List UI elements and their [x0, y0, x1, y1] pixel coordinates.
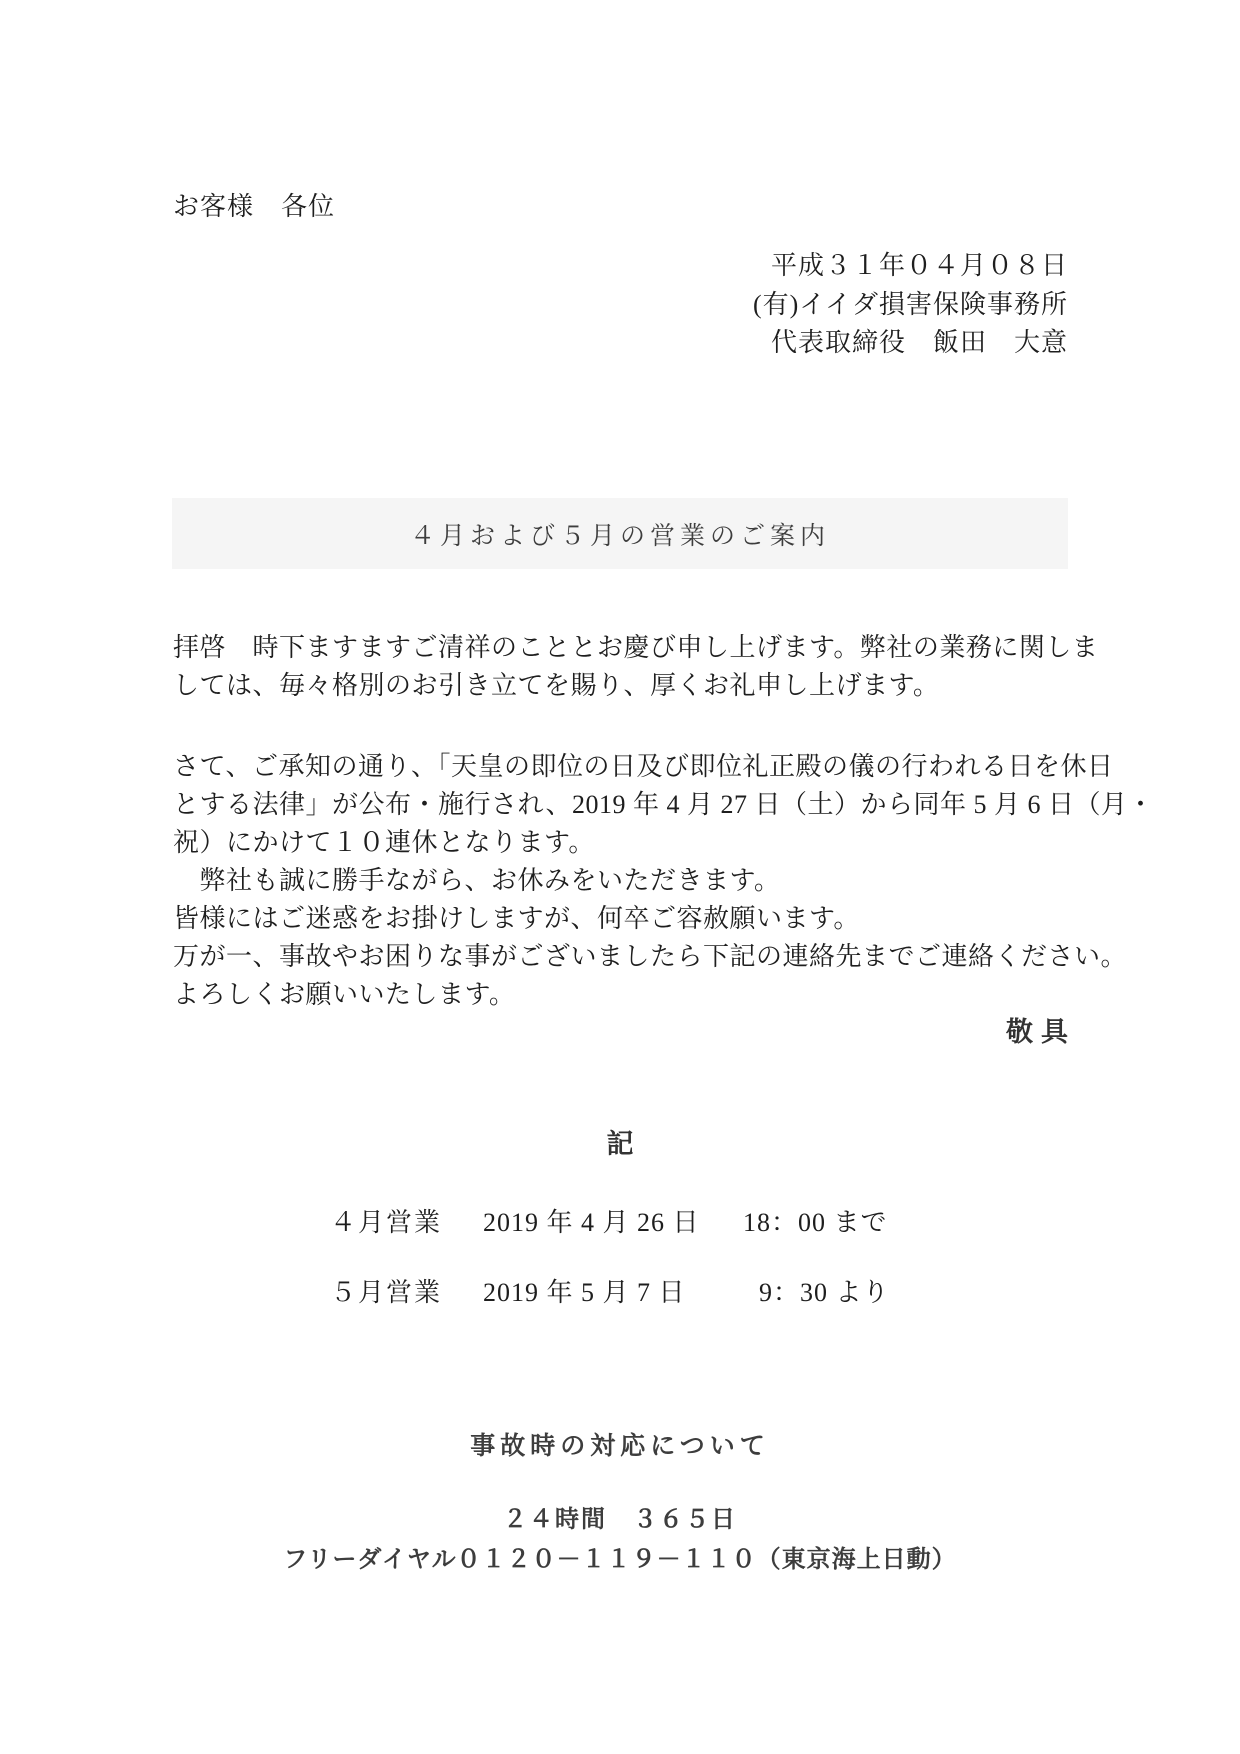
sender-block: 平成３１年０４月０８日 (有)イイダ損害保険事務所 代表取締役 飯田 大意 — [753, 247, 1068, 363]
subject-title: ４月および５月の営業のご案内 — [410, 516, 830, 552]
text-line: 皆様にはご迷惑をお掛けしますが、何卒ご容赦願います。 — [173, 900, 1154, 938]
schedule-time: 9：30 より — [759, 1272, 890, 1309]
body-paragraph: さて、ご承知の通り、「天皇の即位の日及び即位礼正殿の儀の行われる日を休日 とする… — [173, 748, 1154, 1014]
emergency-availability: ２４時間 ３６５日 — [0, 1500, 1240, 1540]
schedule-date: 2019 年 4 月 26 日 — [483, 1202, 700, 1239]
representative-name: 代表取締役 飯田 大意 — [753, 324, 1068, 363]
subject-band: ４月および５月の営業のご案内 — [172, 498, 1068, 569]
text-line: 万が一、事故やお困りな事がございましたら下記の連絡先までご連絡ください。 — [173, 938, 1154, 976]
company-name: (有)イイダ損害保険事務所 — [753, 286, 1068, 325]
schedule-date: 2019 年 5 月 7 日 — [483, 1272, 686, 1309]
schedule-section: ４月営業 2019 年 4 月 26 日 18：00 まで ５月営業 2019 … — [172, 1202, 1092, 1342]
schedule-row: ５月営業 2019 年 5 月 7 日 9：30 より — [172, 1272, 1092, 1342]
schedule-time: 18：00 まで — [743, 1202, 888, 1239]
record-marker: 記 — [0, 1122, 1240, 1161]
recipient: お客様 各位 — [173, 186, 335, 223]
letter-page: お客様 各位 平成３１年０４月０８日 (有)イイダ損害保険事務所 代表取締役 飯… — [0, 0, 1240, 1754]
greeting-paragraph: 拝啓 時下ますますご清祥のこととお慶び申し上げます。弊社の業務に関しま しては、… — [173, 629, 1098, 705]
emergency-section: 事故時の対応について ２４時間 ３６５日 フリーダイヤル０１２０－１１９－１１０… — [0, 1424, 1240, 1580]
text-line: しては、毎々格別のお引き立てを賜り、厚くお礼申し上げます。 — [173, 667, 1098, 705]
emergency-heading: 事故時の対応について — [0, 1424, 1240, 1468]
schedule-label: ５月営業 — [330, 1272, 442, 1309]
text-line: とする法律」が公布・施行され、2019 年 4 月 27 日（土）から同年 5 … — [173, 786, 1154, 824]
schedule-label: ４月営業 — [330, 1202, 442, 1239]
closing-keigu: 敬具 — [1006, 1010, 1076, 1049]
text-line: さて、ご承知の通り、「天皇の即位の日及び即位礼正殿の儀の行われる日を休日 — [173, 748, 1154, 786]
text-line: よろしくお願いいたします。 — [173, 976, 1154, 1014]
text-line: 祝）にかけて１０連休となります。 — [173, 824, 1154, 862]
letter-date: 平成３１年０４月０８日 — [753, 247, 1068, 286]
emergency-phone: フリーダイヤル０１２０－１１９－１１０（東京海上日動） — [0, 1540, 1240, 1580]
text-line: 弊社も誠に勝手ながら、お休みをいただきます。 — [173, 862, 1154, 900]
schedule-row: ４月営業 2019 年 4 月 26 日 18：00 まで — [172, 1202, 1092, 1272]
text-line: 拝啓 時下ますますご清祥のこととお慶び申し上げます。弊社の業務に関しま — [173, 629, 1098, 667]
